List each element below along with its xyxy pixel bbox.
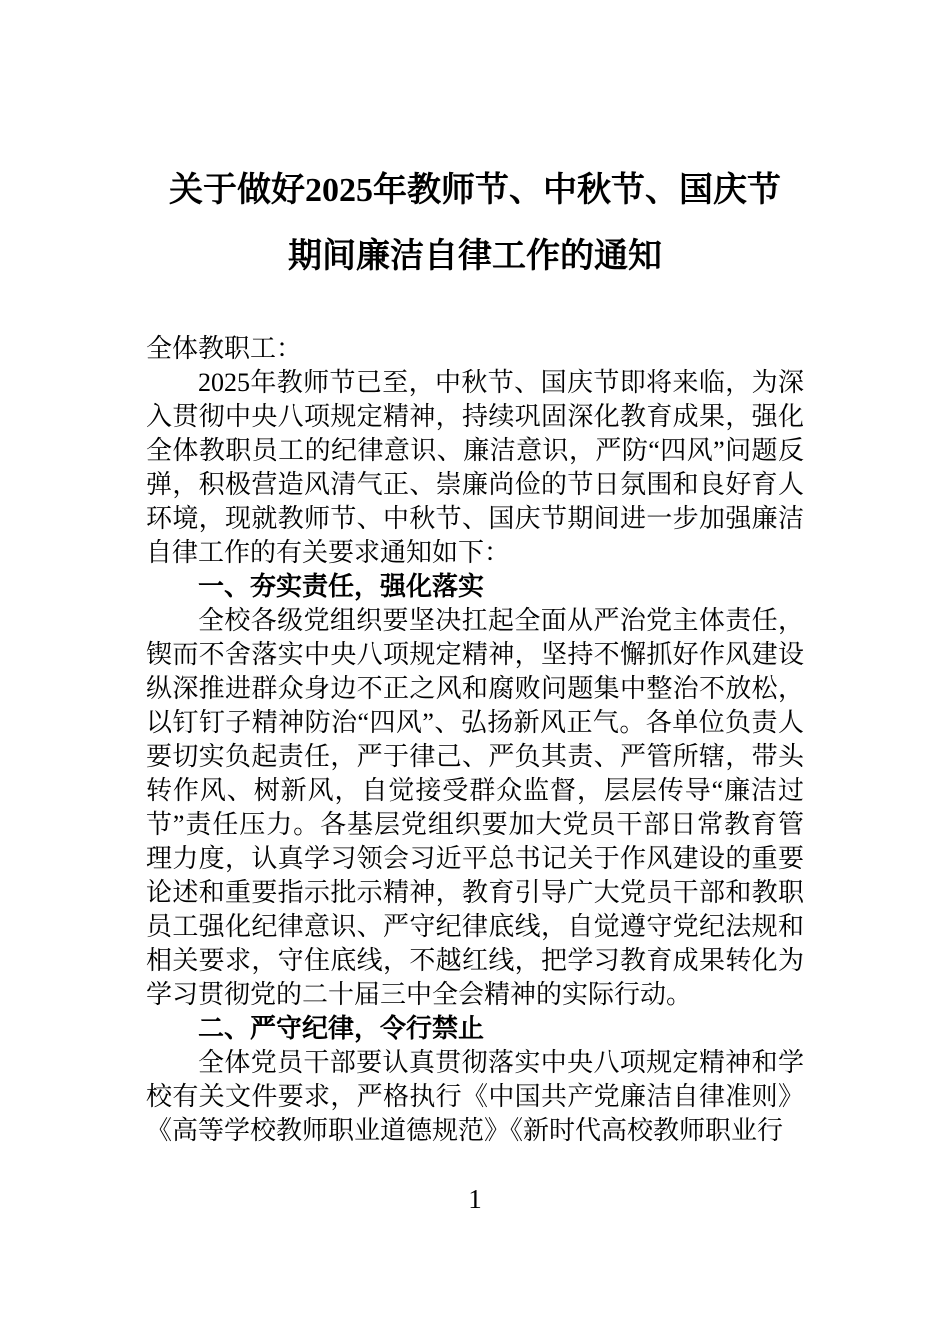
- paragraph-section-1: 全校各级党组织要坚决扛起全面从严治党主体责任，锲而不舍落实中央八项规定精神，坚持…: [146, 604, 804, 1012]
- paragraph-section-2: 全体党员干部要认真贯彻落实中央八项规定精神和学校有关文件要求，严格执行《中国共产…: [146, 1046, 804, 1148]
- section-heading-1: 一、夯实责任，强化落实: [146, 570, 804, 604]
- paragraph-intro: 2025年教师节已至，中秋节、国庆节即将来临，为深入贯彻中央八项规定精神，持续巩…: [146, 366, 804, 570]
- document-content: 关于做好2025年教师节、中秋节、国庆节 期间廉洁自律工作的通知 全体教职工： …: [146, 0, 804, 1148]
- document-title: 关于做好2025年教师节、中秋节、国庆节 期间廉洁自律工作的通知: [146, 158, 804, 290]
- title-line-2: 期间廉洁自律工作的通知: [146, 224, 804, 290]
- document-page: 关于做好2025年教师节、中秋节、国庆节 期间廉洁自律工作的通知 全体教职工： …: [0, 0, 950, 1344]
- section-heading-2: 二、严守纪律，令行禁止: [146, 1012, 804, 1046]
- document-body: 全体教职工： 2025年教师节已至，中秋节、国庆节即将来临，为深入贯彻中央八项规…: [146, 332, 804, 1148]
- page-number: 1: [0, 1184, 950, 1215]
- title-line-1: 关于做好2025年教师节、中秋节、国庆节: [146, 158, 804, 224]
- salutation: 全体教职工：: [146, 332, 804, 366]
